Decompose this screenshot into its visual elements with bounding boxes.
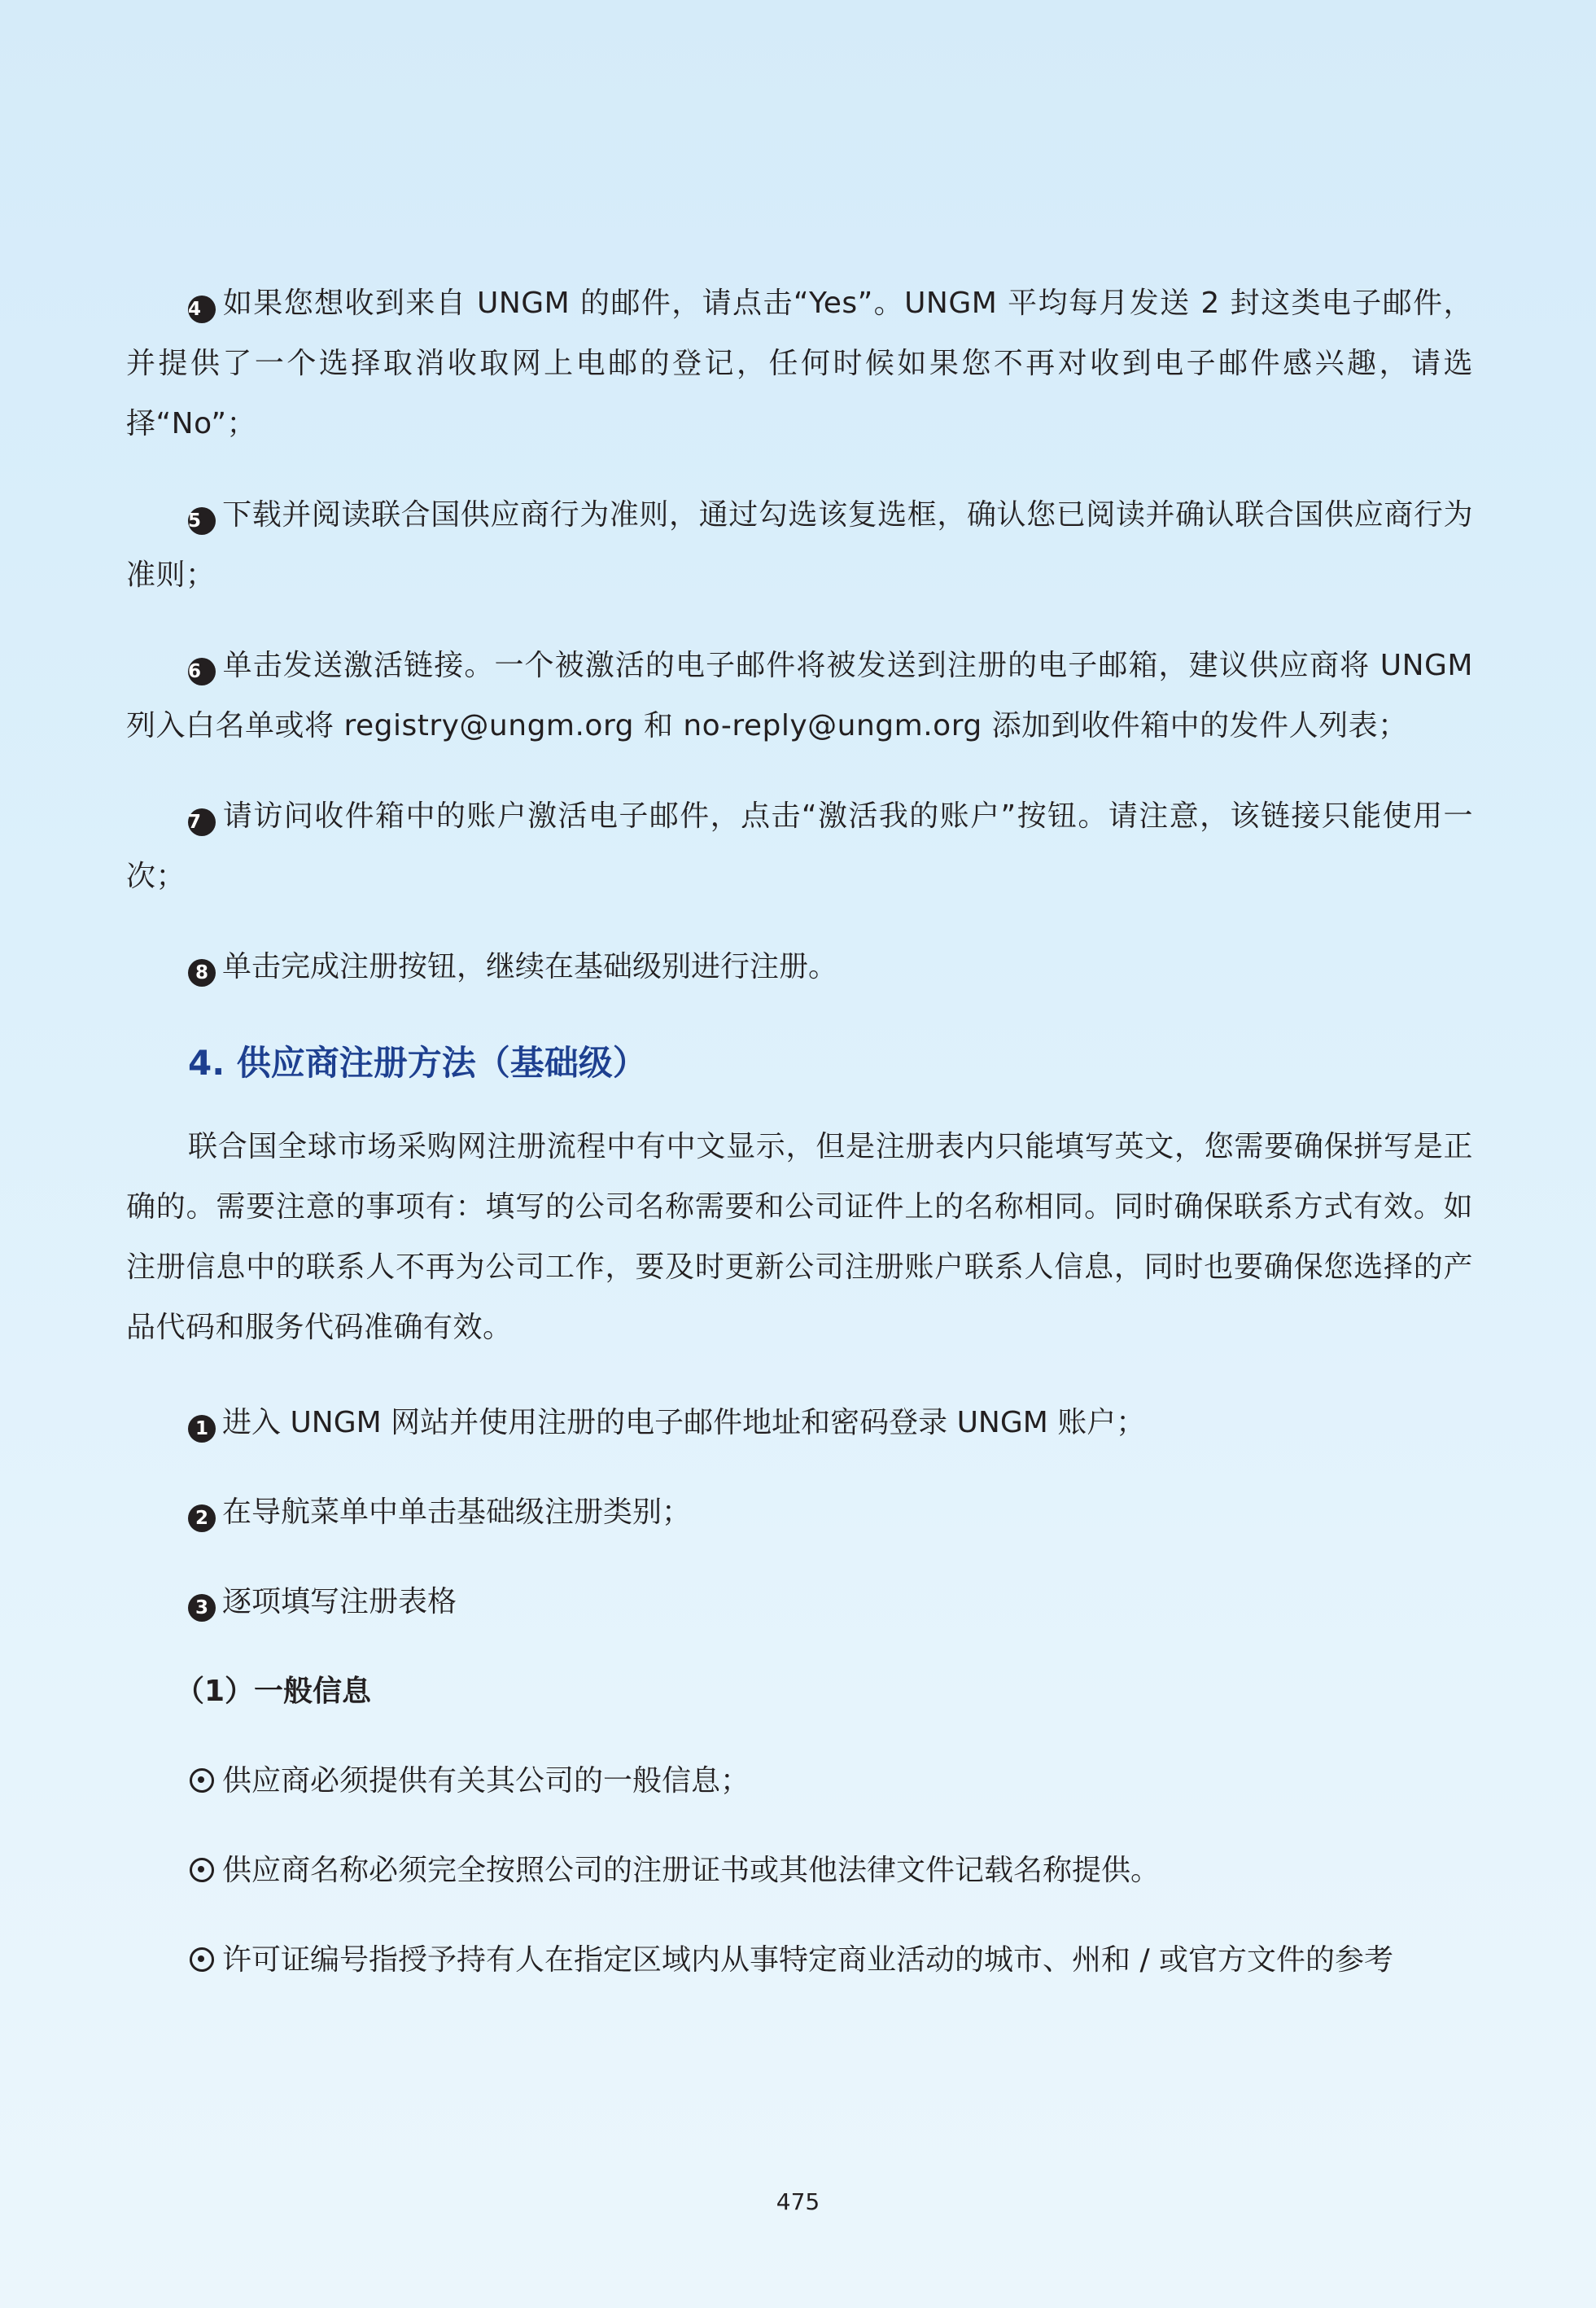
step-4-paragraph: 4如果您想收到来自 UNGM 的邮件，请点击“Yes”。UNGM 平均每月发送 … bbox=[126, 274, 1473, 454]
page-number: 475 bbox=[0, 2188, 1596, 2215]
circled-number-8-icon: 8 bbox=[188, 959, 216, 987]
step-1-paragraph: 1进入 UNGM 网站并使用注册的电子邮件地址和密码登录 UNGM 账户； bbox=[188, 1393, 1145, 1453]
circled-dot-bullet-icon bbox=[188, 1946, 214, 1972]
circled-number-1-icon: 1 bbox=[188, 1415, 216, 1443]
step-7-paragraph: 7请访问收件箱中的账户激活电子邮件，点击“激活我的账户”按钮。请注意，该链接只能… bbox=[126, 786, 1473, 907]
subsection-heading: （1）一般信息 bbox=[175, 1667, 371, 1716]
step-8-paragraph: 8单击完成注册按钮，继续在基础级别进行注册。 bbox=[188, 937, 837, 997]
circled-dot-bullet-icon bbox=[188, 1767, 214, 1793]
step-6-paragraph: 6单击发送激活链接。一个被激活的电子邮件将被发送到注册的电子邮箱，建议供应商将 … bbox=[126, 636, 1473, 756]
step-3-paragraph: 3逐项填写注册表格 bbox=[188, 1572, 457, 1632]
circled-number-6-icon: 6 bbox=[188, 658, 216, 685]
circled-number-4-icon: 4 bbox=[188, 296, 216, 323]
circled-number-7-icon: 7 bbox=[188, 808, 216, 836]
step-5-paragraph: 5下载并阅读联合国供应商行为准则，通过勾选该复选框，确认您已阅读并确认联合国供应… bbox=[126, 485, 1473, 606]
circled-number-3-icon: 3 bbox=[188, 1594, 216, 1622]
circled-number-5-icon: 5 bbox=[188, 507, 216, 535]
section-heading: 4. 供应商注册方法（基础级） bbox=[188, 1039, 647, 1088]
section-intro-paragraph: 联合国全球市场采购网注册流程中有中文显示，但是注册表内只能填写英文，您需要确保拼… bbox=[126, 1117, 1473, 1358]
bullet-item: 许可证编号指授予持有人在指定区域内从事特定商业活动的城市、州和 / 或官方文件的… bbox=[188, 1930, 1393, 1990]
bullet-item: 供应商名称必须完全按照公司的注册证书或其他法律文件记载名称提供。 bbox=[188, 1841, 1160, 1901]
step-2-paragraph: 2在导航菜单中单击基础级注册类别； bbox=[188, 1482, 691, 1543]
bullet-item: 供应商必须提供有关其公司的一般信息； bbox=[188, 1751, 750, 1811]
circled-number-2-icon: 2 bbox=[188, 1504, 216, 1532]
circled-dot-bullet-icon bbox=[188, 1856, 214, 1882]
